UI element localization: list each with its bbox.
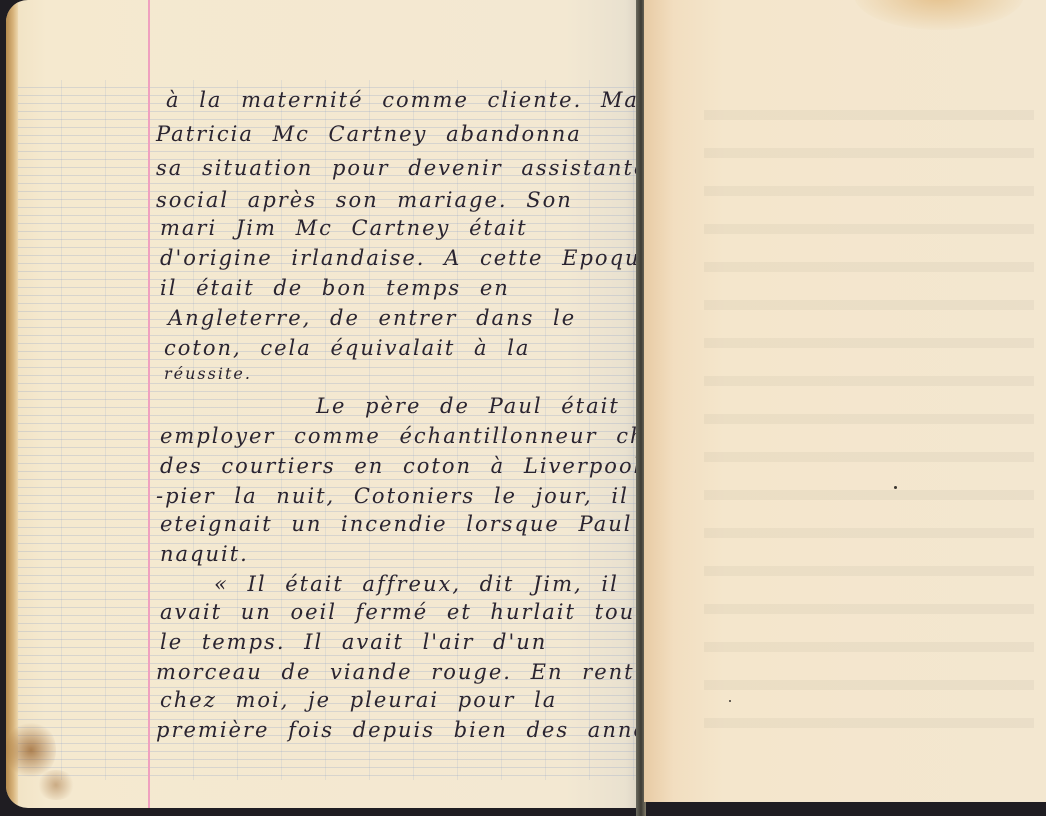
text-line: avait un oeil fermé et hurlait tout	[160, 600, 640, 624]
text-line: à la maternité comme cliente. Mary	[166, 88, 640, 112]
text-line: Angleterre, de entrer dans le	[168, 306, 576, 330]
ink-speck	[894, 486, 897, 489]
text-line: des courtiers en coton à Liverpool. Pom-	[160, 454, 640, 478]
text-line: social après son mariage. Son	[156, 188, 573, 212]
left-notebook-page: à la maternité comme cliente. Mary Patri…	[6, 0, 640, 808]
text-line: d'origine irlandaise. A cette Epoque	[160, 246, 640, 270]
text-line: il était de bon temps en	[160, 276, 510, 300]
text-line: morceau de viande rouge. En rentrant	[156, 660, 640, 684]
margin-line	[148, 0, 150, 808]
text-line: le temps. Il avait l'air d'un	[160, 630, 547, 654]
page-edge	[6, 0, 18, 808]
stain	[854, 0, 1024, 30]
text-line: mari Jim Mc Cartney était	[160, 216, 528, 240]
ink-speck	[729, 700, 731, 702]
text-line: Patricia Mc Cartney abandonna	[156, 122, 582, 146]
show-through-text	[704, 90, 1034, 740]
text-line: Le père de Paul était	[316, 394, 620, 418]
text-line: « Il était affreux, dit Jim, il	[214, 572, 619, 596]
text-line: réussite.	[164, 364, 252, 383]
text-line: chez moi, je pleurai pour la	[160, 688, 557, 712]
text-line: sa situation pour devenir assistante	[156, 156, 640, 180]
text-line: première fois depuis bien des années. He…	[156, 718, 640, 742]
text-line: naquit.	[160, 542, 249, 566]
right-notebook-page	[644, 0, 1046, 802]
text-line: -pier la nuit, Cotoniers le jour, il	[156, 484, 629, 508]
text-line: employer comme échantillonneur chez	[160, 424, 640, 448]
text-line: eteignait un incendie lorsque Paul	[160, 512, 632, 536]
text-line: coton, cela équivalait à la	[164, 336, 530, 360]
stain	[36, 770, 76, 800]
